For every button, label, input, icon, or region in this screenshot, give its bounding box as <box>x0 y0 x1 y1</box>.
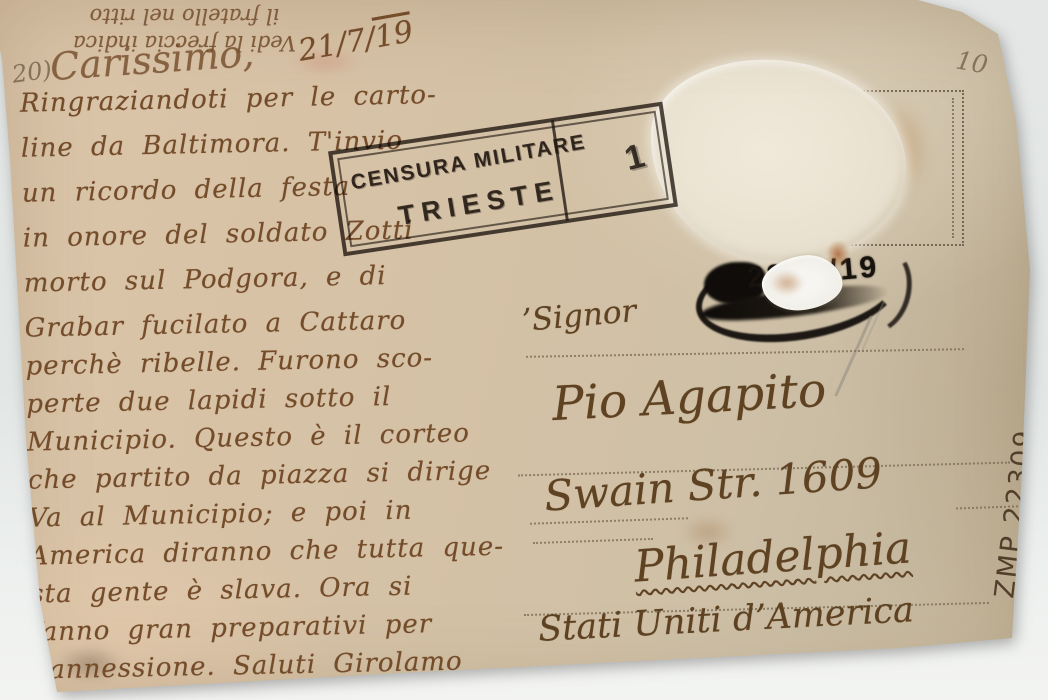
address-line-rule <box>526 348 964 358</box>
postcard-wrap: Vedi la freccia indica il fratello nel r… <box>0 0 1048 700</box>
address-country: Stati Uniti d’America <box>537 590 915 650</box>
address-name: Pio Agapito <box>551 363 828 432</box>
address-city: Philadelphia <box>633 522 913 592</box>
stamp-box-microtext <box>952 98 954 238</box>
archive-code-annotation: ZMP 22309 <box>983 378 1047 650</box>
postcard: Vedi la freccia indica il fratello nel r… <box>0 0 1048 700</box>
upside-down-note-line: il fratello nel ritto <box>12 2 357 29</box>
page-number-annotation: 20) <box>10 55 53 88</box>
corner-number-annotation: 10 <box>954 45 990 79</box>
photo-background: Vedi la freccia indica il fratello nel r… <box>0 0 1048 700</box>
date-year: 19 <box>372 14 416 55</box>
address-street: Swain Str. 1609 <box>543 448 884 520</box>
